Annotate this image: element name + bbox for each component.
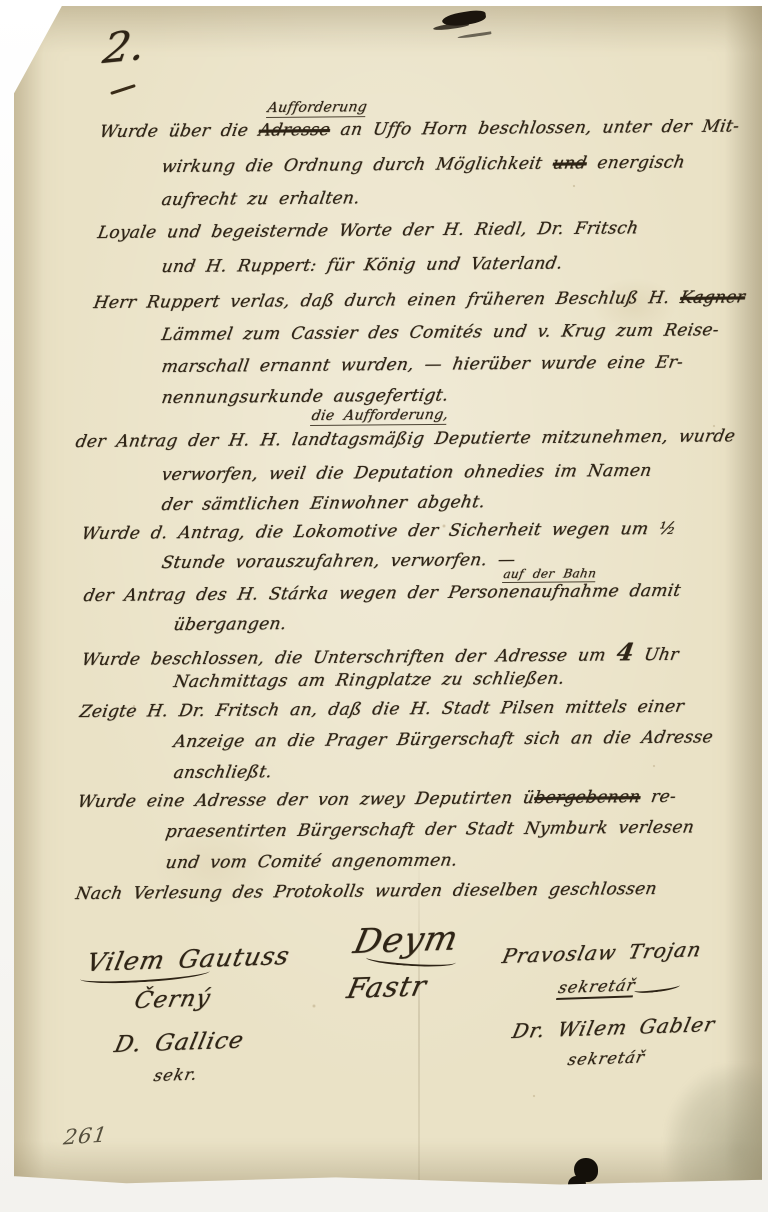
manuscript-line: Stunde vorauszufahren, verworfen. — [160, 550, 517, 573]
line-text: Herr Ruppert verlas, daß durch einen frü… [92, 288, 682, 313]
interlinear-insert: die Aufforderung, [310, 407, 450, 426]
struck-word: Adresse [257, 120, 331, 141]
manuscript-line: Herr Ruppert verlas, daß durch einen frü… [92, 287, 747, 313]
paper-sheet: 2. Aufforderung Wurde über die Adresse a… [14, 6, 762, 1188]
signature-left-name3: D. Gallice [112, 1028, 246, 1058]
signature-trojan: Pravoslaw Trojan [500, 937, 704, 968]
line-text: Uhr [632, 645, 680, 665]
manuscript-line: Nachmittags am Ringplatze zu schließen. [172, 669, 566, 692]
manuscript-line: und H. Ruppert: für König und Vaterland. [160, 254, 564, 277]
line-text: energisch [585, 152, 687, 173]
manuscript-line: und vom Comité angenommen. [164, 850, 459, 873]
manuscript-line: marschall ernannt wurden, — hierüber wur… [160, 352, 685, 377]
signature-left-name2: Černý [132, 985, 213, 1014]
struck-word: Kagner [679, 287, 747, 308]
ink-blot-bottom [574, 1158, 598, 1182]
signature-left-title: sekr. [152, 1064, 200, 1085]
manuscript-line: anschließt. [172, 762, 274, 783]
manuscript-closing-line: Nach Verlesung des Protokolls wurden die… [74, 879, 658, 904]
folio-number: 261 [62, 1123, 109, 1150]
manuscript-line: Wurde eine Adresse der von zwey Deputirt… [76, 787, 678, 812]
line-text: re- [639, 787, 678, 807]
signature-trojan-title: sekretář [556, 975, 637, 1000]
manuscript-line: Zeigte H. Dr. Fritsch an, daß die H. Sta… [78, 697, 686, 722]
manuscript-line: Wurde d. Antrag, die Lokomotive der Sich… [80, 519, 678, 544]
manuscript-line: verworfen, weil die Deputation ohnedies … [160, 461, 653, 485]
manuscript-line: wirkung die Ordnung durch Möglichkeit un… [160, 152, 687, 177]
signature-flourish [634, 982, 681, 995]
manuscript-line: Wurde über die Adresse an Uffo Horn besc… [98, 116, 741, 142]
signature-gabler: Dr. Wilem Gabler [510, 1012, 718, 1043]
manuscript-line: nennungsurkunde ausgefertigt. [160, 386, 450, 408]
signature-gabler-title: sekretář [566, 1047, 647, 1069]
struck-word: und [551, 153, 588, 173]
ink-smudge-top [441, 9, 486, 28]
page-number-flourish [110, 84, 136, 95]
manuscript-line: übergangen. [172, 614, 288, 635]
line-text: an Uffo Horn beschlossen, unter der Mit- [328, 116, 741, 140]
struck-word: bergebenen [533, 787, 642, 808]
manuscript-line: Wurde beschlossen, die Unterschriften de… [80, 637, 682, 671]
manuscript-line: der Antrag des H. Stárka wegen der Perso… [82, 581, 682, 606]
manuscript-line: der Antrag der H. H. landtagsmäßig Deput… [74, 426, 737, 452]
manuscript-line: Anzeige an die Prager Bürgerschaft sich … [172, 727, 714, 752]
manuscript-photo: { "meta": { "page_number": "2.", "folio_… [0, 0, 768, 1212]
page-number: 2. [100, 20, 149, 73]
manuscript-line: Loyale und begeisternde Worte der H. Rie… [96, 218, 640, 243]
corner-stain [666, 1066, 762, 1188]
line-text: wirkung die Ordnung durch Möglichkeit [160, 154, 555, 177]
line-text: Wurde beschlossen, die Unterschriften de… [80, 645, 618, 670]
line-text: Wurde eine Adresse der von zwey Deputirt… [76, 788, 536, 812]
interlinear-insert: Aufforderung [266, 99, 368, 118]
manuscript-line: Lämmel zum Cassier des Comités und v. Kr… [160, 320, 720, 345]
line-text: Wurde über die [98, 121, 261, 142]
signature-fastr: Fastr [344, 969, 430, 1005]
interlinear-insert: auf der Bahn [502, 566, 597, 583]
manuscript-line: der sämtlichen Einwohner abgeht. [160, 492, 487, 515]
manuscript-line: aufrecht zu erhalten. [160, 188, 361, 210]
manuscript-line: praesentirten Bürgerschaft der Stadt Nym… [164, 817, 696, 842]
